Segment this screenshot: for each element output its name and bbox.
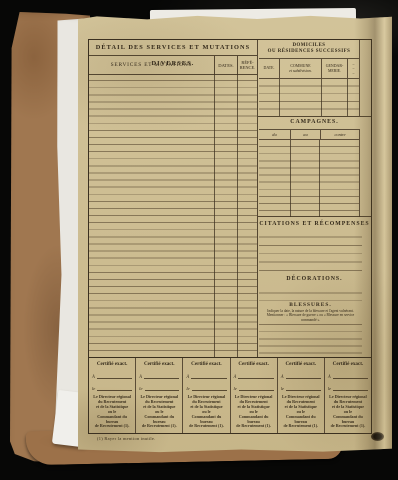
domiciles-divider-3 — [347, 79, 348, 116]
certifie-exact-label: Certifié exact. — [92, 361, 132, 367]
place-blank-line — [144, 378, 179, 379]
certifie-exact-label: Certifié exact. — [281, 361, 321, 367]
column-header-dates: DATES. — [215, 56, 238, 74]
citations-section: CITATIONS ET RÉCOMPENSES — [258, 216, 371, 227]
column-header-au: au — [291, 130, 321, 139]
certification-block: Certifié exact. À le Le Directeur région… — [231, 358, 278, 433]
campagnes-blank-rows — [259, 140, 359, 217]
services-table: DÉTAIL DES SERVICES ET MUTATIONS DIVERSE… — [89, 40, 258, 357]
printed-frame: DÉTAIL DES SERVICES ET MUTATIONS DIVERSE… — [88, 39, 372, 434]
column-header-reference-line2: RENCE. — [240, 65, 256, 70]
certification-block: Certifié exact. À le Le Directeur région… — [278, 358, 325, 433]
column-header-reference: RÉFÉ- RENCE. — [238, 56, 257, 74]
place-field: À — [139, 372, 179, 379]
certifie-exact-label: Certifié exact. — [186, 361, 226, 367]
domiciles-title-line2: OU RÉSIDENCES SUCCESSIFS — [268, 49, 351, 54]
place-field-label: À — [186, 374, 189, 379]
column-header-gendarmerie: GENDAR- MERIE. — [322, 59, 348, 78]
campagnes-header-row: du au contre — [259, 130, 359, 140]
domiciles-title-line1: DOMICILES — [292, 43, 325, 48]
place-field: À — [328, 372, 368, 379]
domiciles-divider-1 — [279, 79, 280, 116]
date-field-label: le — [92, 386, 95, 391]
footnote: (1) Rayer la mention inutile. — [97, 436, 156, 441]
place-field-label: À — [234, 374, 237, 379]
date-field: le — [234, 384, 274, 391]
date-blank-line — [97, 390, 132, 391]
domiciles-blank-rows — [259, 79, 359, 116]
signer-line6: de Recrutement (1). — [139, 424, 179, 429]
decorations-blank-lines — [259, 286, 362, 301]
campagnes-title: CAMPAGNES. — [258, 119, 371, 125]
services-table-header-row: SERVICES ET MUTATIONS DATES. RÉFÉ- RENCE… — [89, 56, 257, 75]
blessures-blank-lines — [259, 318, 362, 357]
signer-line6: de Recrutement (1). — [328, 424, 368, 429]
place-blank-line — [286, 378, 321, 379]
place-field: À — [234, 372, 274, 379]
signer-title-block: Le Directeur régional du Recrutement et … — [92, 395, 132, 429]
decorations-title: DÉCORATIONS. — [258, 276, 371, 282]
certification-block: Certifié exact. À le Le Directeur région… — [183, 358, 230, 433]
date-field: le — [328, 384, 368, 391]
date-blank-line — [239, 390, 274, 391]
services-table-title: DÉTAIL DES SERVICES ET MUTATIONS DIVERSE… — [89, 40, 257, 56]
date-field: le — [139, 384, 179, 391]
domiciles-title: DOMICILES OU RÉSIDENCES SUCCESSIFS — [259, 40, 359, 59]
place-blank-line — [191, 378, 226, 379]
column-header-commune: COMMUNE et subdivision. — [280, 59, 322, 78]
place-field: À — [281, 372, 321, 379]
place-blank-line — [97, 378, 132, 379]
place-field: À — [186, 372, 226, 379]
signer-title-block: Le Directeur régional du Recrutement et … — [186, 395, 226, 429]
date-field: le — [281, 384, 321, 391]
domiciles-header-row: DATE. COMMUNE et subdivision. GENDAR- ME… — [259, 59, 359, 79]
place-field-label: À — [92, 374, 95, 379]
signer-line6: de Recrutement (1). — [234, 424, 274, 429]
campagnes-table: du au contre — [259, 129, 360, 217]
blessures-title: BLESSURES. — [259, 302, 362, 308]
certifie-exact-label: Certifié exact. — [328, 361, 368, 367]
place-field-label: À — [139, 374, 142, 379]
place-field: À — [92, 372, 132, 379]
right-sections: DOMICILES OU RÉSIDENCES SUCCESSIFS DATE.… — [258, 40, 371, 357]
column-header-date: DATE. — [259, 59, 280, 78]
reference-column-divider — [237, 74, 238, 357]
photograph-of-military-record: { "document": { "services_table": { "tit… — [0, 0, 398, 480]
place-field-label: À — [281, 374, 284, 379]
signer-line6: de Recrutement (1). — [186, 424, 226, 429]
dates-column-divider — [214, 74, 215, 357]
date-field-label: le — [186, 386, 189, 391]
date-field: le — [186, 384, 226, 391]
date-blank-line — [333, 390, 368, 391]
certifie-exact-label: Certifié exact. — [234, 361, 274, 367]
signer-line6: de Recrutement (1). — [281, 424, 321, 429]
certification-row: Certifié exact. À le Le Directeur région… — [89, 357, 371, 433]
date-field: le — [92, 384, 132, 391]
date-field-label: le — [281, 386, 284, 391]
certifie-exact-label: Certifié exact. — [139, 361, 179, 367]
citations-blank-lines — [259, 229, 362, 272]
certification-block: Certifié exact. À le Le Directeur région… — [89, 358, 136, 433]
services-table-blank-rows — [89, 74, 257, 357]
date-field-label: le — [234, 386, 237, 391]
domiciles-table: DOMICILES OU RÉSIDENCES SUCCESSIFS DATE.… — [259, 40, 360, 116]
commune-line2: et subdivision. — [289, 69, 311, 74]
signer-title-block: Le Directeur régional du Recrutement et … — [234, 395, 274, 429]
certification-block: Certifié exact. À le Le Directeur région… — [325, 358, 371, 433]
signer-title-block: Le Directeur régional du Recrutement et … — [139, 395, 179, 429]
date-blank-line — [145, 390, 180, 391]
campagnes-section: CAMPAGNES. du au contre — [258, 116, 371, 217]
signer-title-block: Le Directeur régional du Recrutement et … — [328, 395, 368, 429]
date-field-label: le — [328, 386, 331, 391]
date-field-label: le — [139, 386, 142, 391]
date-blank-line — [286, 390, 321, 391]
campagnes-divider-2 — [319, 140, 320, 217]
place-blank-line — [333, 378, 368, 379]
domiciles-divider-2 — [321, 79, 322, 116]
visa-line3: – — [353, 71, 355, 76]
signer-title-block: Le Directeur régional du Recrutement et … — [281, 395, 321, 429]
date-blank-line — [192, 390, 227, 391]
campagnes-divider-1 — [290, 140, 291, 217]
gendarmerie-line2: MERIE. — [328, 69, 341, 74]
certification-block: Certifié exact. À le Le Directeur région… — [136, 358, 183, 433]
column-header-du: du — [259, 130, 291, 139]
citations-title: CITATIONS ET RÉCOMPENSES — [258, 221, 371, 227]
column-header-services: SERVICES ET MUTATIONS — [89, 56, 215, 74]
signer-line6: de Recrutement (1). — [92, 424, 132, 429]
column-header-visa: – – – — [348, 59, 359, 78]
place-blank-line — [238, 378, 273, 379]
record-form-page: DÉTAIL DES SERVICES ET MUTATIONS DIVERSE… — [78, 15, 392, 453]
punch-hole — [371, 432, 384, 441]
column-header-contre: contre — [321, 130, 359, 139]
place-field-label: À — [328, 374, 331, 379]
